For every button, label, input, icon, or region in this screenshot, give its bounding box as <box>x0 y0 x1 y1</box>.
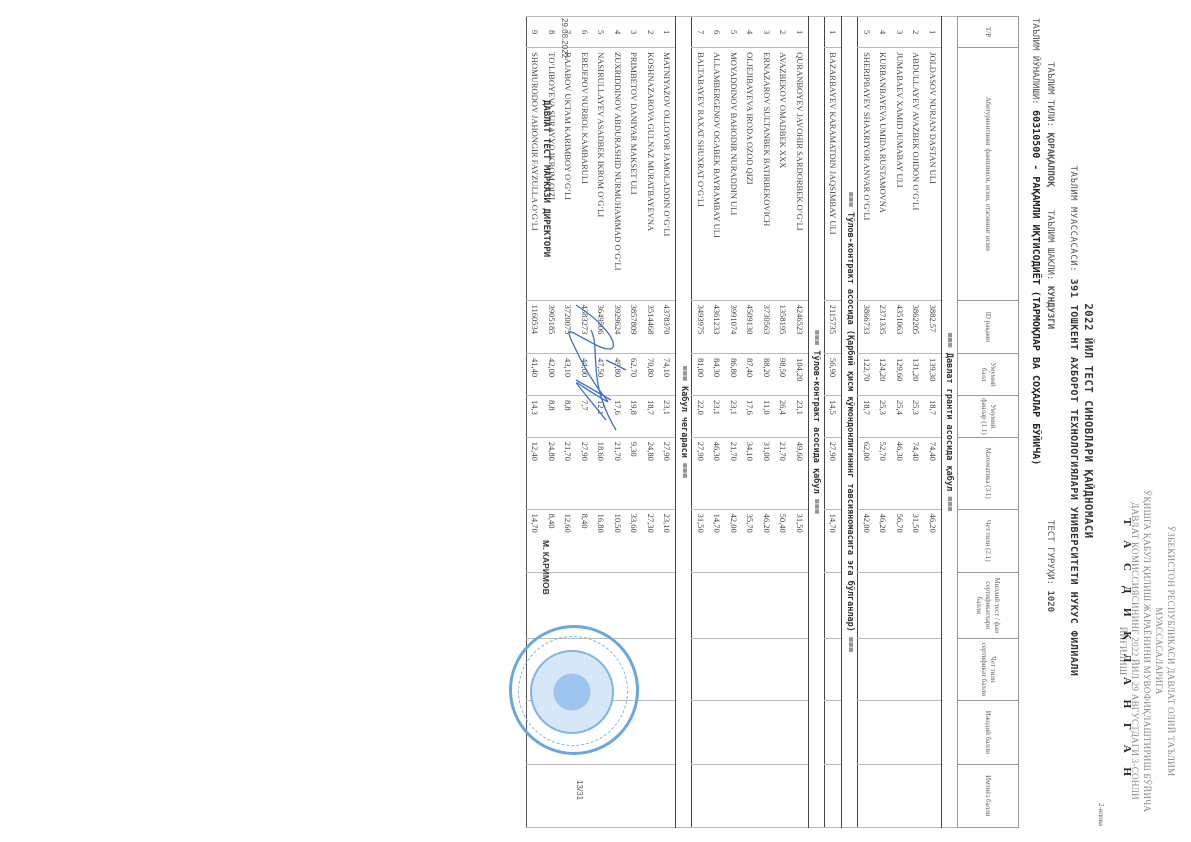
math-score: 74,40 <box>925 437 942 509</box>
empty-cell <box>825 701 843 764</box>
section-title: === Тўлов-контракт асосида қабул === <box>809 17 825 828</box>
director-name: М. КАРИМОВ <box>541 540 551 595</box>
empty-cell <box>792 764 809 827</box>
math-score: 24,80 <box>643 437 660 509</box>
empty-cell <box>858 638 875 701</box>
empty-cell <box>858 701 875 764</box>
section-title: === Давлат гранти асосида қабул === <box>942 17 958 828</box>
empty-cell <box>593 764 610 827</box>
report-title: 2022 ЙИЛ ТЕСТ СИНОВЛАРИ ҚАЙДНОМАСИ <box>1082 0 1094 842</box>
empty-cell <box>643 572 660 638</box>
table-row: 3JUMABAEV XAMID JUMABAY ULI4351063129,60… <box>892 17 909 828</box>
row-index: 5 <box>858 17 875 48</box>
applicant-name: NASIRULLAYEV ASADBEK IKROM OʻGʻLI <box>593 48 610 300</box>
col-math: Математика (3.1) <box>958 437 1019 509</box>
applicant-name: ZUXRIDDINOV ABDURASHID NURMUHAMMAD OʻGʻL… <box>610 48 627 300</box>
table-row: 1BAZARBAYEV KARAMATDIN JAQSIMBAY ULI2115… <box>825 17 843 828</box>
foreign-lang-score: 31,50 <box>692 509 709 572</box>
table-row: 2KOSHNAZAROVA GULNAZ MURATBAYEVNA3514468… <box>643 17 660 828</box>
empty-cell <box>759 572 776 638</box>
empty-cell <box>709 572 726 638</box>
general-score: 23,1 <box>792 396 809 438</box>
institution-code: 391 <box>1068 279 1079 299</box>
applicant-name: JOLDASOV NURJAN DASTAN ULI <box>925 48 942 300</box>
row-index: 5 <box>726 17 743 48</box>
empty-cell <box>875 572 892 638</box>
applicant-id: 3866733 <box>858 300 875 353</box>
foreign-lang-score: 14,70 <box>709 509 726 572</box>
row-index: 4 <box>875 17 892 48</box>
empty-cell <box>825 572 843 638</box>
empty-cell <box>643 764 660 827</box>
applicant-name: AVAZBEKOV OMADBEK XXX <box>775 48 792 300</box>
language-value: ҚОРАҚАЛПОҚ <box>1045 132 1055 186</box>
applicant-name: MATNIYAZOV OLLOYOR JAMOLADDIN OʻGʻLI <box>659 48 676 300</box>
applicant-id: 3862205 <box>908 300 925 353</box>
row-index: 9 <box>527 17 544 48</box>
foreign-lang-score: 16,80 <box>593 509 610 572</box>
general-score: 14,3 <box>527 396 544 438</box>
general-score: 11,0 <box>759 396 776 438</box>
total-score: 104,20 <box>792 354 809 396</box>
foreign-lang-score: 23,10 <box>659 509 676 572</box>
table-header-row: Т/Р Абитуриентнинг фамилияси, исми, отас… <box>958 17 1019 828</box>
math-score: 21,70 <box>726 437 743 509</box>
applicant-name: KOSHNAZAROVA GULNAZ MURATBAYEVNA <box>643 48 660 300</box>
empty-cell <box>792 572 809 638</box>
row-index: 2 <box>775 17 792 48</box>
group-label: ТЕСТ ГУРУҲИ: <box>1045 520 1055 585</box>
row-index: 3 <box>759 17 776 48</box>
empty-cell <box>875 764 892 827</box>
empty-cell <box>610 764 627 827</box>
math-score: 27,90 <box>692 437 709 509</box>
empty-cell <box>659 572 676 638</box>
total-score: 98,50 <box>775 354 792 396</box>
general-score: 14,5 <box>825 396 843 438</box>
col-name: Абитуриентнинг фамилияси, исми, отасинин… <box>958 48 1019 300</box>
foreign-lang-score: 42,00 <box>726 509 743 572</box>
applicant-id: 4246523 <box>792 300 809 353</box>
applicant-id: 3730563 <box>759 300 776 353</box>
empty-cell <box>792 701 809 764</box>
empty-cell <box>908 701 925 764</box>
table-row: 7BALTABAYEV RAXAT SHUXRAT OʻGʻLI34939758… <box>692 17 709 828</box>
foreign-lang-score: 46,20 <box>875 509 892 572</box>
applicant-name: ERNAZAROV SULTANBEK BATIRBEKOVICH <box>759 48 776 300</box>
empty-cell <box>775 638 792 701</box>
total-score: 129,60 <box>892 354 909 396</box>
empty-cell <box>709 701 726 764</box>
col-creative: Ижодий балли <box>958 701 1019 764</box>
applicant-name: RAJABOV UKTAM KARIMBOY OʻGʻLI <box>560 48 577 300</box>
foreign-lang-score: 46,20 <box>759 509 776 572</box>
row-index: 6 <box>577 17 594 48</box>
applicant-id: 2115735 <box>825 300 843 353</box>
applicant-name: OLJEJIBAYEVA IRODA OZOD QIZI <box>742 48 759 300</box>
empty-cell <box>643 638 660 701</box>
applicant-name: BAZARBAYEV KARAMATDIN JAQSIMBAY ULI <box>825 48 843 300</box>
empty-cell <box>892 701 909 764</box>
general-score: 17,6 <box>742 396 759 438</box>
row-index: 4 <box>742 17 759 48</box>
col-id: ID рақами <box>958 300 1019 353</box>
empty-cell <box>825 638 843 701</box>
math-score: 9,30 <box>626 437 643 509</box>
empty-cell <box>759 701 776 764</box>
foreign-lang-score: 56,70 <box>892 509 909 572</box>
section-header-row: === Давлат гранти асосида қабул === <box>942 17 958 828</box>
empty-cell <box>925 701 942 764</box>
general-score: 25,3 <box>908 396 925 438</box>
math-score: 24,80 <box>544 437 561 509</box>
empty-cell <box>775 764 792 827</box>
institution-name: ТОШКЕНТ АХБОРОТ ТЕХНОЛОГИЯЛАРИ УНИВЕРСИТ… <box>1068 305 1079 677</box>
foreign-lang-score: 33,60 <box>626 509 643 572</box>
group-value: 1020 <box>1045 590 1055 612</box>
row-index: 6 <box>709 17 726 48</box>
row-index: 5 <box>593 17 610 48</box>
math-score: 49,60 <box>792 437 809 509</box>
general-score: 18,7 <box>925 396 942 438</box>
total-score: 122,70 <box>858 354 875 396</box>
foreign-lang-score: 46,20 <box>925 509 942 572</box>
empty-cell <box>825 764 843 827</box>
applicant-name: ABDULLAYEV AVAZBEK OJIDON OʻGʻLI <box>908 48 925 300</box>
total-score: 56,90 <box>825 354 843 396</box>
table-row: 6ALLAMBERGENOV OGABEK BAYRAMBAY ULI43612… <box>709 17 726 828</box>
approved-label: Т А С Д И Қ Л А Н Г А Н <box>1121 518 1133 782</box>
general-score: 23,1 <box>709 396 726 438</box>
empty-cell <box>925 572 942 638</box>
col-national-cert: Миллий тест / фан сертификатлари балли <box>958 572 1019 638</box>
row-index: 3 <box>892 17 909 48</box>
math-score: 21,70 <box>610 437 627 509</box>
empty-cell <box>643 701 660 764</box>
row-index: 2 <box>908 17 925 48</box>
empty-cell <box>925 638 942 701</box>
empty-cell <box>875 701 892 764</box>
direction-value: 60310500 - РАҚАМЛИ ИҚТИСОДИЁТ (ТАРМОҚЛАР… <box>1030 110 1041 465</box>
col-lang-cert: Чет тили сертификат балли <box>958 638 1019 701</box>
empty-cell <box>726 764 743 827</box>
table-row: 2AVAZBEKOV OMADBEK XXX135819598,5026,421… <box>775 17 792 828</box>
foreign-lang-score: 8,40 <box>577 509 594 572</box>
total-score: 70,80 <box>643 354 660 396</box>
empty-cell <box>527 764 544 827</box>
section-header-row: === Кабул чегараси === <box>676 17 692 828</box>
empty-cell <box>742 701 759 764</box>
general-score: 23,1 <box>726 396 743 438</box>
col-total: Умумий балл <box>958 354 1019 396</box>
foreign-lang-score: 12,60 <box>560 509 577 572</box>
row-index: 3 <box>626 17 643 48</box>
general-score: 25,3 <box>875 396 892 438</box>
applicant-name: SHERIPBAYEV SHAXRIYOR ANVAR OʻGʻLI <box>858 48 875 300</box>
section-title: === Кабул чегараси === <box>676 17 692 828</box>
section-header-row: === Тўлов-контракт асосида қабул === <box>809 17 825 828</box>
institution-label: ТАЪЛИМ МУАССАСАСИ: <box>1068 166 1078 273</box>
appendix-label: 2-илова <box>1097 803 1105 826</box>
general-score: 23,1 <box>659 396 676 438</box>
empty-cell <box>742 638 759 701</box>
applicant-name: KURBANBAYEVA UMIDA RUSTAMOVNA <box>875 48 892 300</box>
empty-cell <box>659 638 676 701</box>
empty-cell <box>892 638 909 701</box>
row-index: 1 <box>925 17 942 48</box>
empty-cell <box>659 764 676 827</box>
math-score: 21,70 <box>560 437 577 509</box>
empty-cell <box>726 638 743 701</box>
empty-cell <box>908 572 925 638</box>
section-header-row: === Тўлов-контракт асосида (Қарбий қисм … <box>842 17 858 828</box>
education-form: ТАЪЛИМ ШАКЛИ: КУНДУЗГИ <box>1045 210 1055 329</box>
empty-cell <box>726 701 743 764</box>
row-index: 1 <box>825 17 843 48</box>
general-score: 22,0 <box>692 396 709 438</box>
report-date: 29.08.2022 <box>560 18 569 58</box>
empty-cell <box>692 638 709 701</box>
total-score: 124,20 <box>875 354 892 396</box>
col-general: Умумий фанлар (1.1) <box>958 396 1019 438</box>
empty-cell <box>692 572 709 638</box>
total-score: 74,10 <box>659 354 676 396</box>
math-score: 27,90 <box>825 437 843 509</box>
table-row: 1QURANBOYEV JAVOHIR SARDORBEK OʻGʻLI4246… <box>792 17 809 828</box>
empty-cell <box>759 638 776 701</box>
table-row: 5MOYADDINOV BAHODIR NURADDIN ULI39910748… <box>726 17 743 828</box>
empty-cell <box>792 638 809 701</box>
total-score: 131,20 <box>908 354 925 396</box>
empty-cell <box>692 764 709 827</box>
col-index: Т/Р <box>958 17 1019 48</box>
empty-cell <box>709 764 726 827</box>
general-score: 18,7 <box>643 396 660 438</box>
language-label: ТАЪЛИМ ТИЛИ: <box>1045 62 1055 127</box>
foreign-lang-score: 14,70 <box>825 509 843 572</box>
empty-cell <box>875 638 892 701</box>
empty-cell <box>925 764 942 827</box>
applicant-name: BALTABAYEV RAXAT SHUXRAT OʻGʻLI <box>692 48 709 300</box>
director-title: ДАВЛАТ ТЕСТ МАРКАЗИ ДИРЕКТОРИ <box>541 100 551 257</box>
empty-cell <box>775 572 792 638</box>
applicant-id: 4351063 <box>892 300 909 353</box>
math-score: 12,40 <box>527 437 544 509</box>
foreign-lang-score: 10,50 <box>610 509 627 572</box>
empty-cell <box>692 701 709 764</box>
applicant-id: 4361233 <box>709 300 726 353</box>
applicant-id: 4509130 <box>742 300 759 353</box>
empty-cell <box>742 764 759 827</box>
applicant-name: MOYADDINOV BAHODIR NURADDIN ULI <box>726 48 743 300</box>
empty-cell <box>775 701 792 764</box>
education-language: ТАЪЛИМ ТИЛИ: ҚОРАҚАЛПОҚ <box>1045 62 1055 187</box>
general-score: 26,4 <box>775 396 792 438</box>
total-score: 84,30 <box>709 354 726 396</box>
empty-cell <box>544 764 561 827</box>
applicant-name: JUMABAEV XAMID JUMABAY ULI <box>892 48 909 300</box>
form-label: ТАЪЛИМ ШАКЛИ: <box>1045 210 1055 280</box>
total-score: 139,30 <box>925 354 942 396</box>
applicant-name: QURANBOYEV JAVOHIR SARDORBEK OʻGʻLI <box>792 48 809 300</box>
empty-cell <box>709 638 726 701</box>
empty-cell <box>858 572 875 638</box>
total-score: 86,80 <box>726 354 743 396</box>
document-page: ЎЗБЕКИСТОН РЕСПУБЛИКАСИ ДАВЛАТ ОЛИЙ ТАЪЛ… <box>0 0 1191 842</box>
applicant-id: 3493975 <box>692 300 709 353</box>
empty-cell <box>626 764 643 827</box>
general-score: 25,4 <box>892 396 909 438</box>
empty-cell <box>626 572 643 638</box>
empty-cell <box>759 764 776 827</box>
foreign-lang-score: 35,70 <box>742 509 759 572</box>
row-index: 4 <box>610 17 627 48</box>
table-row: 5SHERIPBAYEV SHAXRIYOR ANVAR OʻGʻLI38667… <box>858 17 875 828</box>
applicant-name: PRIMBETOV DANIYAR MAKSET ULI <box>626 48 643 300</box>
empty-cell <box>908 764 925 827</box>
row-index: 7 <box>692 17 709 48</box>
math-score: 21,70 <box>775 437 792 509</box>
table-row: 4KURBANBAYEVA UMIDA RUSTAMOVNA2371335124… <box>875 17 892 828</box>
math-score: 18,60 <box>593 437 610 509</box>
foreign-lang-score: 27,30 <box>643 509 660 572</box>
empty-cell <box>892 764 909 827</box>
col-privilege: Имтиёз балли <box>958 764 1019 827</box>
empty-cell <box>858 764 875 827</box>
table-row: 1JOLDASOV NURJAN DASTAN ULI3882.57139,30… <box>925 17 942 828</box>
math-score: 74,40 <box>908 437 925 509</box>
authority-line: ЎҚИШГА ҚАБУЛ ҚИЛИШ ЖАРАЁНИНИ МУВОФИҚЛАШТ… <box>1141 486 1153 816</box>
foreign-lang-score: 31,50 <box>908 509 925 572</box>
table-row: 2ABDULLAYEV AVAZBEK OJIDON OʻGʻLI3862205… <box>908 17 925 828</box>
applicant-id: 3991074 <box>726 300 743 353</box>
direction-label: ТАЪЛИМ ЙЎНАЛИШИ: <box>1030 18 1040 105</box>
foreign-lang-score: 31,50 <box>792 509 809 572</box>
signature-icon <box>556 300 636 440</box>
applicant-name: ALLAMBERGENOV OGABEK BAYRAMBAY ULI <box>709 48 726 300</box>
math-score: 46,30 <box>709 437 726 509</box>
section-title: === Тўлов-контракт асосида (Қарбий қисм … <box>842 17 858 828</box>
total-score: 88,20 <box>759 354 776 396</box>
math-score: 27,90 <box>577 437 594 509</box>
applicant-id: 3882.57 <box>925 300 942 353</box>
official-stamp-icon <box>509 625 639 755</box>
table-row: 3ERNAZAROV SULTANBEK BATIRBEKOVICH373056… <box>759 17 776 828</box>
col-foreign-lang: Чет тили (2.1) <box>958 509 1019 572</box>
total-score: 41,40 <box>527 354 544 396</box>
row-index: 1 <box>792 17 809 48</box>
table-row: 1MATNIYAZOV OLLOYOR JAMOLADDIN OʻGʻLI437… <box>659 17 676 828</box>
row-index: 1 <box>659 17 676 48</box>
applicant-id: 4378370 <box>659 300 676 353</box>
empty-cell <box>892 572 909 638</box>
foreign-lang-score: 42,00 <box>858 509 875 572</box>
row-index: 2 <box>643 17 660 48</box>
empty-cell <box>610 572 627 638</box>
empty-cell <box>742 572 759 638</box>
math-score: 31,00 <box>759 437 776 509</box>
page-number: 13/31 <box>575 780 584 800</box>
empty-cell <box>908 638 925 701</box>
empty-cell <box>659 701 676 764</box>
education-direction: ТАЪЛИМ ЙЎНАЛИШИ: 60310500 - РАҚАМЛИ ИҚТИ… <box>1030 18 1041 465</box>
math-score: 46,30 <box>892 437 909 509</box>
math-score: 62,00 <box>858 437 875 509</box>
stamp-emblem <box>530 650 614 734</box>
foreign-lang-score: 50,40 <box>775 509 792 572</box>
math-score: 34,10 <box>742 437 759 509</box>
university-title: ТАЪЛИМ МУАССАСАСИ: 391 ТОШКЕНТ АХБОРОТ Т… <box>1068 0 1079 842</box>
applicant-name: EREJEPOV NURBOL KAMBARULI <box>577 48 594 300</box>
empty-cell <box>726 572 743 638</box>
applicant-id: 1160534 <box>527 300 544 353</box>
applicant-id: 3514468 <box>643 300 660 353</box>
general-score: 18,7 <box>858 396 875 438</box>
math-score: 27,90 <box>659 437 676 509</box>
table-row: 4OLJEJIBAYEVA IRODA OZOD QIZI450913087,4… <box>742 17 759 828</box>
applicant-id: 1358195 <box>775 300 792 353</box>
applicant-id: 2371335 <box>875 300 892 353</box>
math-score: 52,70 <box>875 437 892 509</box>
authority-line: ЎЗБЕКИСТОН РЕСПУБЛИКАСИ ДАВЛАТ ОЛИЙ ТАЪЛ… <box>1153 486 1177 816</box>
test-group: ТЕСТ ГУРУҲИ: 1020 <box>1045 520 1055 612</box>
row-index: 8 <box>544 17 561 48</box>
total-score: 87,40 <box>742 354 759 396</box>
total-score: 81,00 <box>692 354 709 396</box>
form-value: КУНДУЗГИ <box>1045 286 1055 329</box>
